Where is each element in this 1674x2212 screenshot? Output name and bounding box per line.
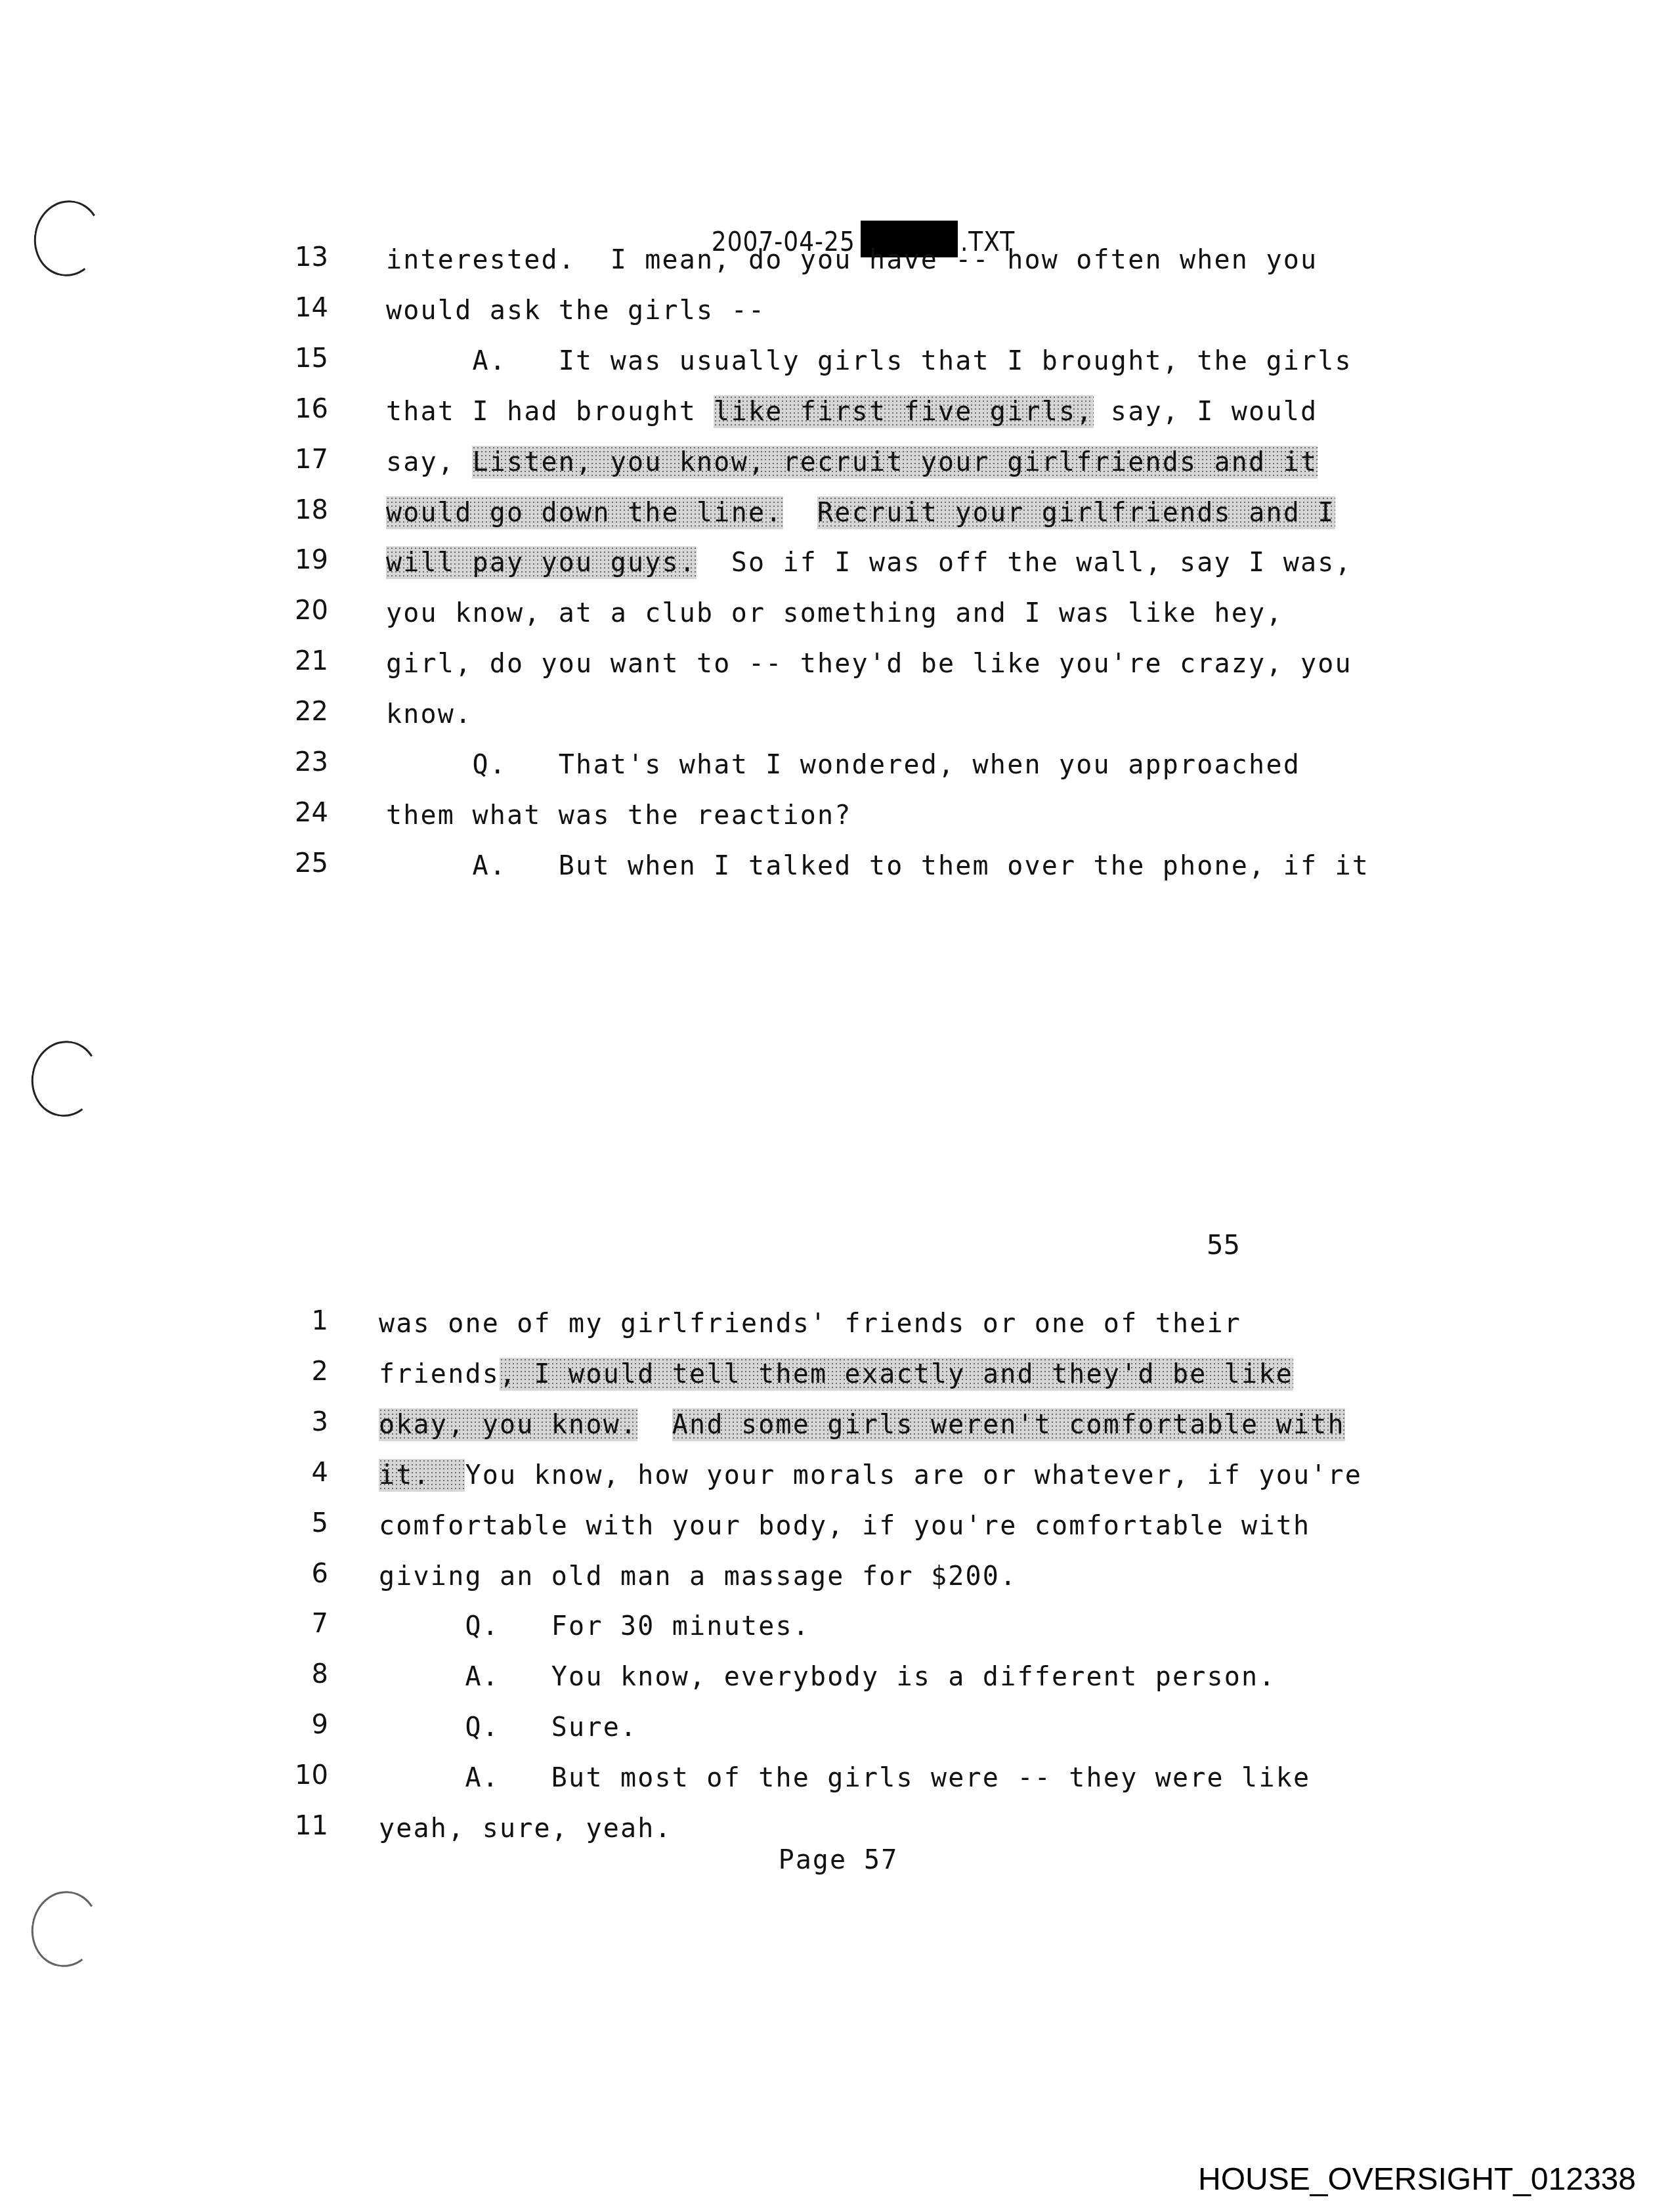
text-segment: A. You know, everybody is a different pe… <box>379 1662 1276 1692</box>
transcript-line: 3okay, you know. And some girls weren't … <box>0 1402 1674 1442</box>
transcript-line: 24them what was the reaction? <box>0 793 1674 833</box>
line-number: 25 <box>289 844 328 883</box>
text-segment: that I had brought <box>386 397 714 427</box>
line-text: friends, I would tell them exactly and t… <box>379 1355 1293 1394</box>
line-text: A. You know, everybody is a different pe… <box>379 1657 1276 1697</box>
transcript-line: 23 Q. That's what I wondered, when you a… <box>0 743 1674 782</box>
line-number: 10 <box>289 1756 328 1795</box>
line-text: know. <box>386 695 472 734</box>
line-number: 24 <box>289 793 328 833</box>
transcript-line: 21girl, do you want to -- they'd be like… <box>0 641 1674 681</box>
line-number: 1 <box>289 1301 328 1341</box>
transcript-line: 4it. You know, how your morals are or wh… <box>0 1453 1674 1492</box>
highlighted-text: okay, you know. <box>379 1408 637 1441</box>
line-number: 15 <box>289 339 328 378</box>
text-segment: say, I would <box>1094 397 1318 427</box>
transcript-line: 15 A. It was usually girls that I brough… <box>0 339 1674 378</box>
line-text: them what was the reaction? <box>386 796 852 835</box>
line-text: would ask the girls -- <box>386 291 765 330</box>
transcript-page: 2007-04-25.TXT 13interested. I mean, do … <box>0 0 1674 2212</box>
text-segment: giving an old man a massage for $200. <box>379 1561 1017 1592</box>
text-segment: you know, at a club or something and I w… <box>386 598 1283 628</box>
text-segment: know. <box>386 699 472 729</box>
transcript-line: 1was one of my girlfriends' friends or o… <box>0 1301 1674 1341</box>
line-number: 11 <box>289 1806 328 1846</box>
line-number: 5 <box>289 1504 328 1543</box>
line-number: 18 <box>289 490 328 530</box>
line-number: 6 <box>289 1554 328 1594</box>
line-text: it. You know, how your morals are or wha… <box>379 1456 1362 1495</box>
line-text: A. But most of the girls were -- they we… <box>379 1758 1310 1798</box>
line-text: girl, do you want to -- they'd be like y… <box>386 644 1352 683</box>
transcript-line: 18would go down the line. Recruit your g… <box>0 490 1674 530</box>
line-text: okay, you know. And some girls weren't c… <box>379 1405 1345 1444</box>
transcript-line: 6giving an old man a massage for $200. <box>0 1554 1674 1594</box>
line-text: say, Listen, you know, recruit your girl… <box>386 443 1318 482</box>
page-number: 55 <box>1207 1229 1240 1262</box>
line-number: 23 <box>289 743 328 782</box>
transcript-line: 16that I had brought like first five gir… <box>0 389 1674 429</box>
transcript-line: 22know. <box>0 692 1674 731</box>
line-text: Q. Sure. <box>379 1708 637 1747</box>
line-text: yeah, sure, yeah. <box>379 1809 672 1848</box>
text-segment: A. But when I talked to them over the ph… <box>386 851 1369 881</box>
line-number: 20 <box>289 591 328 630</box>
bates-number: HOUSE_OVERSIGHT_012338 <box>1198 2160 1636 2200</box>
highlighted-text: Recruit your girlfriends and I <box>817 496 1335 529</box>
highlighted-text: , I would tell them exactly and they'd b… <box>500 1358 1293 1391</box>
line-number: 21 <box>289 641 328 681</box>
line-text: A. But when I talked to them over the ph… <box>386 846 1369 886</box>
line-text: was one of my girlfriends' friends or on… <box>379 1304 1241 1343</box>
text-segment: would ask the girls -- <box>386 295 765 326</box>
text-segment: Q. That's what I wondered, when you appr… <box>386 750 1300 780</box>
line-text: comfortable with your body, if you're co… <box>379 1506 1310 1546</box>
line-number: 19 <box>289 540 328 580</box>
line-number: 4 <box>289 1453 328 1492</box>
text-segment: friends <box>379 1359 500 1389</box>
footer-page-text: Page 57 <box>779 1845 899 1875</box>
line-number: 7 <box>289 1604 328 1643</box>
text-segment <box>783 498 818 528</box>
transcript-line: 14would ask the girls -- <box>0 288 1674 328</box>
transcript-line: 13interested. I mean, do you have -- how… <box>0 238 1674 277</box>
transcript-line: 11yeah, sure, yeah. <box>0 1806 1674 1846</box>
line-number: 3 <box>289 1402 328 1442</box>
transcript-line: 10 A. But most of the girls were -- they… <box>0 1756 1674 1795</box>
text-segment: A. But most of the girls were -- they we… <box>379 1763 1310 1793</box>
line-number: 16 <box>289 389 328 429</box>
text-segment: A. It was usually girls that I brought, … <box>386 346 1352 376</box>
transcript-line: 19will pay you guys. So if I was off the… <box>0 540 1674 580</box>
highlighted-text: would go down the line. <box>386 496 783 529</box>
line-text: A. It was usually girls that I brought, … <box>386 341 1352 381</box>
text-segment: was one of my girlfriends' friends or on… <box>379 1309 1241 1339</box>
footer-page-label: Page 57 <box>0 1844 1674 1876</box>
line-text: would go down the line. Recruit your gir… <box>386 493 1335 532</box>
text-segment: interested. I mean, do you have -- how o… <box>386 245 1318 275</box>
text-segment: Q. Sure. <box>379 1712 637 1743</box>
line-text: interested. I mean, do you have -- how o… <box>386 240 1318 280</box>
line-text: Q. For 30 minutes. <box>379 1607 810 1646</box>
punch-hole-mark-bottom <box>26 1886 105 1972</box>
transcript-line: 17say, Listen, you know, recruit your gi… <box>0 440 1674 479</box>
text-segment: them what was the reaction? <box>386 800 852 831</box>
text-segment: So if I was off the wall, say I was, <box>697 548 1352 578</box>
line-text: you know, at a club or something and I w… <box>386 594 1283 633</box>
line-number: 14 <box>289 288 328 328</box>
text-segment: girl, do you want to -- they'd be like y… <box>386 649 1352 679</box>
transcript-line: 8 A. You know, everybody is a different … <box>0 1655 1674 1694</box>
line-number: 2 <box>289 1352 328 1391</box>
text-segment: You know, how your morals are or whateve… <box>465 1460 1362 1490</box>
text-segment: comfortable with your body, if you're co… <box>379 1511 1310 1541</box>
punch-hole-mark-middle <box>26 1035 105 1122</box>
line-number: 8 <box>289 1655 328 1694</box>
line-number: 9 <box>289 1705 328 1745</box>
line-number: 13 <box>289 238 328 277</box>
transcript-line: 2friends, I would tell them exactly and … <box>0 1352 1674 1391</box>
highlighted-text: will pay you guys. <box>386 546 697 579</box>
line-text: that I had brought like first five girls… <box>386 392 1318 431</box>
text-segment: yeah, sure, yeah. <box>379 1813 672 1844</box>
text-segment: say, <box>386 447 472 477</box>
text-segment: Q. For 30 minutes. <box>379 1611 810 1641</box>
line-text: Q. That's what I wondered, when you appr… <box>386 745 1300 785</box>
transcript-line: 9 Q. Sure. <box>0 1705 1674 1745</box>
transcript-line: 25 A. But when I talked to them over the… <box>0 844 1674 883</box>
highlighted-text: like first five girls, <box>714 395 1093 428</box>
line-number: 17 <box>289 440 328 479</box>
transcript-line: 5comfortable with your body, if you're c… <box>0 1504 1674 1543</box>
transcript-line: 20you know, at a club or something and I… <box>0 591 1674 630</box>
highlighted-text: And some girls weren't comfortable with <box>672 1408 1345 1441</box>
line-text: will pay you guys. So if I was off the w… <box>386 543 1352 582</box>
text-segment <box>637 1410 672 1440</box>
line-text: giving an old man a massage for $200. <box>379 1557 1017 1596</box>
transcript-line: 7 Q. For 30 minutes. <box>0 1604 1674 1643</box>
line-number: 22 <box>289 692 328 731</box>
highlighted-text: it. <box>379 1459 465 1492</box>
highlighted-text: Listen, you know, recruit your girlfrien… <box>472 446 1318 479</box>
